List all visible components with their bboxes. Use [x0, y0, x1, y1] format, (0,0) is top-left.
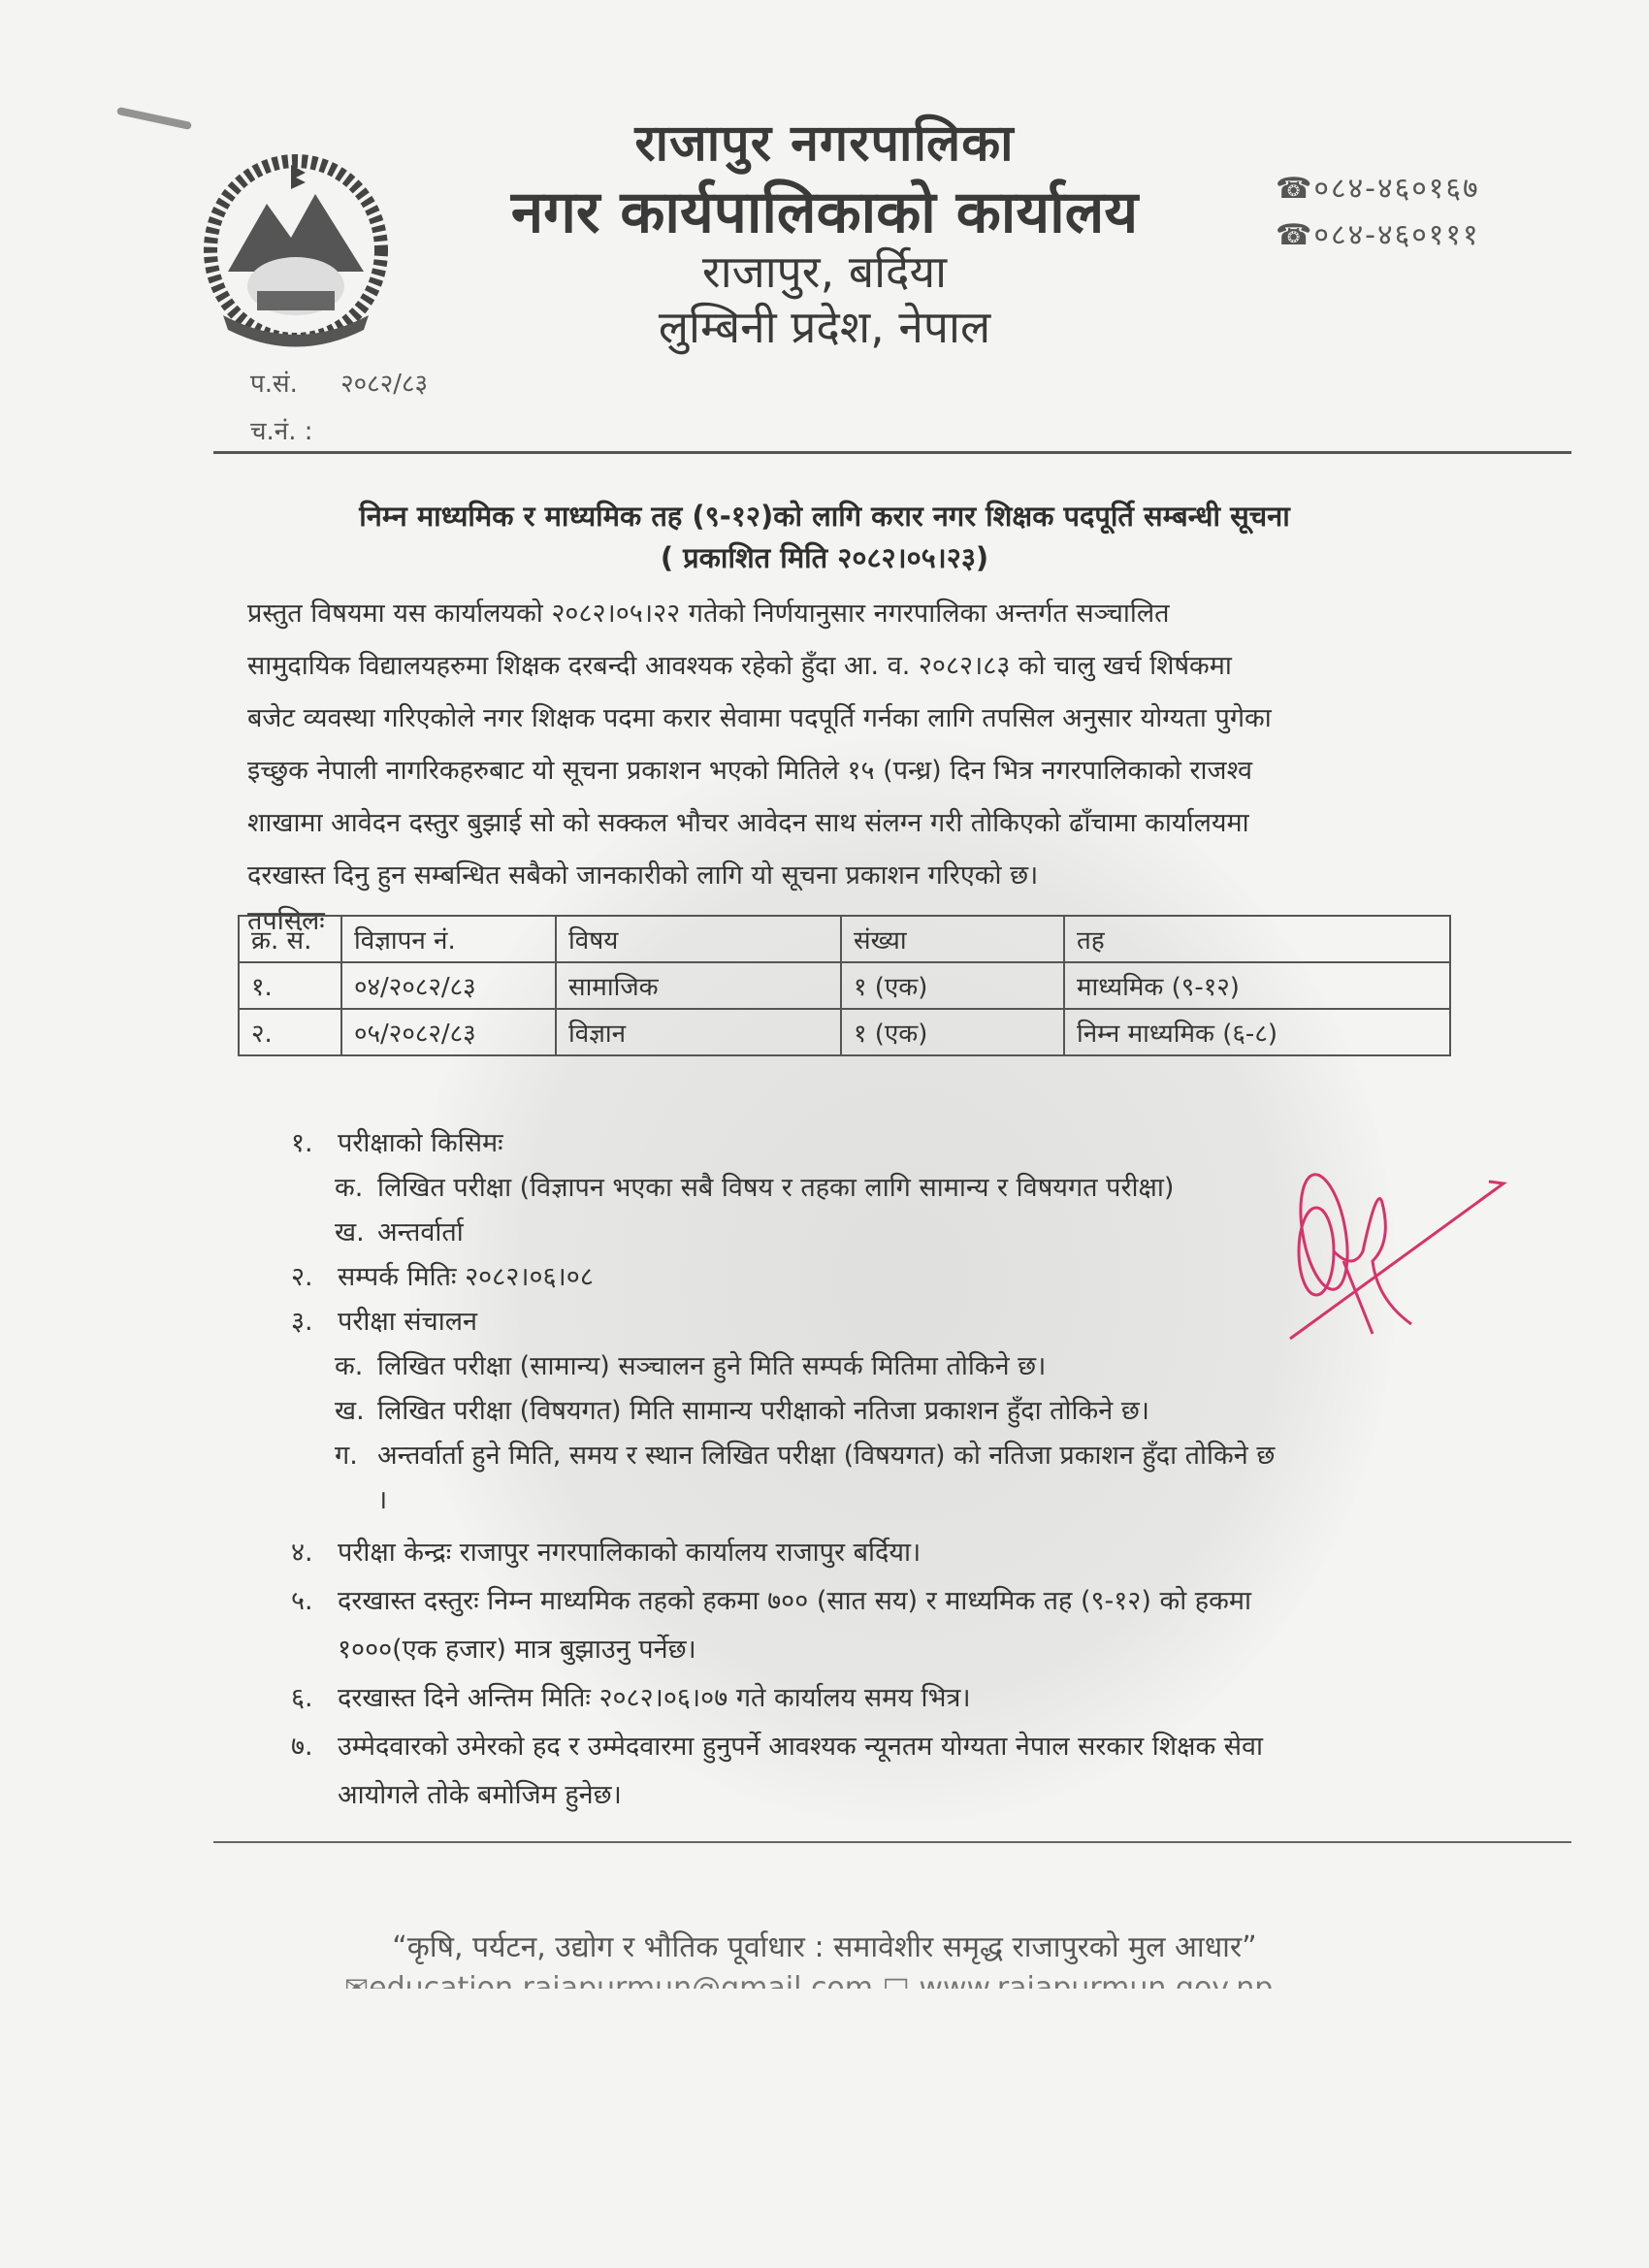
condition-item: २.सम्पर्क मितिः २०८२।०६।०८ [291, 1257, 594, 1293]
province-country: लुम्बिनी प्रदेश, नेपाल [0, 296, 1649, 356]
cell-ad-number: ०५/२०८२/८३ [341, 1009, 556, 1055]
municipality-motto: “कृषि, पर्यटन, उद्योग र भौतिक पूर्वाधार … [0, 1926, 1649, 1965]
contact-info: ✉education.rajapurmun@gmail.com □ www.ra… [344, 1971, 1273, 1989]
footer-divider [213, 1841, 1571, 1843]
header-cell: क्र. सं. [239, 916, 341, 962]
body-line: प्रस्तुत विषयमा यस कार्यालयको २०८२।०५।२२… [247, 588, 1450, 640]
published-date: ( प्रकाशित मिति २०८२।०५।२३) [0, 538, 1649, 576]
sub-item: ख.लिखित परीक्षा (विषयगत) मिति सामान्य पर… [335, 1391, 1149, 1427]
letter-number-label: प.सं. [250, 370, 298, 399]
sub-item: ख.अन्तर्वार्ता [335, 1213, 464, 1248]
sub-item: ग.अन्तर्वार्ता हुने मिति, समय र स्थान लि… [335, 1436, 1275, 1472]
notice-body: प्रस्तुत विषयमा यस कार्यालयको २०८२।०५।२२… [247, 588, 1450, 941]
body-line: इच्छुक नेपाली नागरिकहरुबाट यो सूचना प्रक… [247, 745, 1450, 797]
sub-item-continuation: । [377, 1480, 387, 1516]
cell-subject: सामाजिक [556, 962, 841, 1009]
phone-number-2: ☎०८४-४६०१११ [1276, 213, 1480, 253]
condition-continuation: १०००(एक हजार) मात्र बुझाउनु पर्नेछ। [338, 1630, 696, 1666]
cell-subject: विज्ञान [556, 1009, 841, 1055]
body-line: शाखामा आवेदन दस्तुर बुझाई सो को सक्कल भौ… [247, 797, 1450, 850]
header-cell: विज्ञापन नं. [341, 916, 556, 962]
cell-level: माध्यमिक (९-१२) [1064, 962, 1450, 1009]
cell-ad-number: ०४/२०८२/८३ [341, 962, 556, 1009]
body-line: बजेट व्यवस्था गरिएकोले नगर शिक्षक पदमा क… [247, 693, 1450, 745]
letter-number: प.सं. २०८२/८३ [250, 365, 428, 400]
signature-icon [1285, 1145, 1518, 1348]
table-row: १. ०४/२०८२/८३ सामाजिक १ (एक) माध्यमिक (९… [239, 962, 1450, 1009]
sub-item: क.लिखित परीक्षा (सामान्य) सञ्चालन हुने म… [335, 1346, 1046, 1382]
condition-item: ६.दरखास्त दिने अन्तिम मितिः २०८२।०६।०७ ग… [291, 1678, 971, 1714]
cell-count: १ (एक) [841, 1009, 1064, 1055]
condition-item: ४.परीक्षा केन्द्रः राजापुर नगरपालिकाको क… [291, 1533, 921, 1569]
body-line: दरखास्त दिनु हुन सम्बन्धित सबैको जानकारी… [247, 850, 1450, 902]
vacancy-table: क्र. सं. विज्ञापन नं. विषय संख्या तह १. … [238, 915, 1451, 1056]
condition-item: ७.उम्मेदवारको उमेरको हद र उम्मेदवारमा हु… [291, 1727, 1263, 1763]
letter-number-value: २०८२/८३ [340, 370, 428, 399]
condition-item: ३.परीक्षा संचालन [291, 1302, 477, 1338]
body-line: सामुदायिक विद्यालयहरुमा शिक्षक दरबन्दी आ… [247, 640, 1450, 693]
cell-serial: १. [239, 962, 341, 1009]
municipality-name: राजापुर नगरपालिका [0, 107, 1649, 176]
phone-number-1: ☎०८४-४६०१६७ [1276, 167, 1480, 207]
dispatch-number-label: च.नं. : [250, 412, 313, 447]
table-header-row: क्र. सं. विज्ञापन नं. विषय संख्या तह [239, 916, 1450, 962]
header-cell: विषय [556, 916, 841, 962]
condition-item: १.परीक्षाको किसिमः [291, 1123, 503, 1159]
header-divider [213, 451, 1571, 454]
cell-level: निम्न माध्यमिक (६-८) [1064, 1009, 1450, 1055]
header-cell: तह [1064, 916, 1450, 962]
cell-serial: २. [239, 1009, 341, 1055]
sub-item: क.लिखित परीक्षा (विज्ञापन भएका सबै विषय … [335, 1168, 1174, 1204]
cell-count: १ (एक) [841, 962, 1064, 1009]
header-cell: संख्या [841, 916, 1064, 962]
table-row: २. ०५/२०८२/८३ विज्ञान १ (एक) निम्न माध्य… [239, 1009, 1450, 1055]
notice-title: निम्न माध्यमिक र माध्यमिक तह (९-१२)को ला… [0, 497, 1649, 535]
condition-item: ५.दरखास्त दस्तुरः निम्न माध्यमिक तहको हक… [291, 1581, 1251, 1617]
condition-continuation: आयोगले तोके बमोजिम हुनेछ। [338, 1775, 622, 1811]
